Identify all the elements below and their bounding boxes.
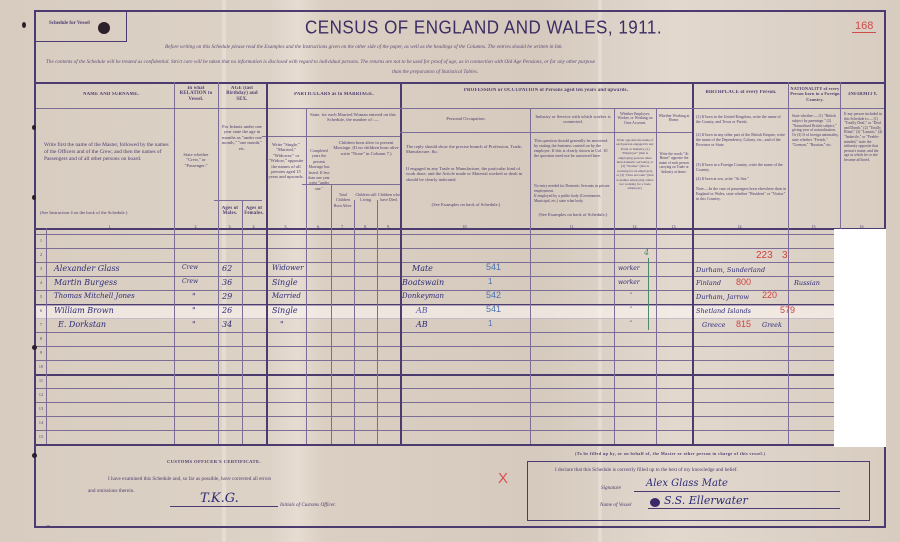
colnum-12: 12. [614,224,656,229]
master-signature: Alex Glass Mate [646,478,728,489]
entry-nationality: Russian [794,279,820,287]
binding-hole [32,453,37,458]
entry-age: 26 [222,306,232,315]
header-birthplace-2: (2) If born in any other part of the Bri… [696,132,786,147]
instruction-line-3: than the preparation of Statistical Tabl… [392,69,478,75]
entry-occupation: AB [416,320,428,329]
header-married-women: State, for each Married Woman entered on… [308,112,398,123]
header-occupation: PROFESSION or OCCUPATION of Persons aged… [416,88,676,93]
header-condition: Write "Single," "Married," "Widower," or… [268,142,304,180]
entry-relation: " [192,292,196,301]
binding-hole [32,195,36,200]
colnum-1: 1. [46,224,174,229]
column-12-tally-mark: 4 [644,248,649,257]
row-number: 1 [37,238,45,243]
colnum-2: 2. [174,224,218,229]
ink-stain [22,22,26,28]
header-industry-body-3: If employed by a public body (Government… [534,194,612,203]
entry-condition: Single [272,306,298,315]
entry-age: 36 [222,278,232,287]
header-died: Children who have Died. [378,192,400,203]
header-completed-years: Completed years the present Marriage has… [308,148,330,191]
entry-birth-code: 800 [736,277,751,287]
entry-birth-code: 220 [762,290,777,300]
entry-birth-code: 223 [756,250,773,261]
header-birthplace: BIRTHPLACE of every Person. [696,90,786,95]
header-employer: Whether Employer, Worker, or Working on … [616,112,654,125]
entry-condition: " [280,320,284,329]
row-number: 14 [37,420,45,425]
row-number: 4 [37,280,45,285]
header-birthplace-4: (4) If born at sea, write "At Sea." [696,176,786,181]
colnum-8: 8. [354,224,377,229]
signature-label: Signature [601,485,621,491]
entry-name: Alexander Glass [54,264,120,273]
row-number: 15 [37,434,45,439]
entry-name: Martin Burgess [54,278,117,287]
entry-condition: Single [272,278,298,287]
header-at-home-body: Write the words "At Home" opposite the n… [658,152,690,174]
highlighted-row [36,305,884,319]
header-age-males: Ages of Males. [219,206,241,217]
colnum-13: 13. [656,224,692,229]
entry-birthplace: Durham, Sunderland [696,266,765,274]
row-number: 10 [37,364,45,369]
entry-age: 62 [222,264,232,273]
row-number: 11 [37,378,45,383]
entry-employer: " [630,306,632,312]
header-at-home: Whether Working at Home. [658,114,690,123]
header-total-born: Total Children Born Alive. [332,192,354,208]
row-number: 3 [37,266,45,271]
customs-line-2: and omissions therein. [88,488,135,494]
customs-heading: CUSTOMS OFFICER'S CERTIFICATE. [167,459,261,464]
green-tally-line [648,258,649,330]
vessel-name: S.S. Ellerwater [664,494,748,507]
colnum-14: 14. [692,224,788,229]
header-industry-body-2: No entry needed for Domestic Servants in… [534,184,612,193]
entry-employer: " [630,292,632,298]
schedule-label-box: Schedule for Vessel [35,11,127,42]
red-cross-mark: X [498,470,508,487]
entry-birthplace: Shetland Islands [696,307,751,315]
entry-birth-code: 815 [736,319,751,329]
colnum-6: 6. [306,224,331,229]
redacted-area [834,229,886,447]
census-table: NAME AND SURNAME. Write first the name o… [36,82,884,446]
header-age-females: Ages of Females. [243,206,265,217]
entry-birthplace: Durham, Jarrow [696,293,749,301]
entry-occupation: Mate [412,264,433,273]
header-marriage: PARTICULARS as to MARRIAGE. [268,92,400,97]
entry-occupation: Donkeyman [402,292,444,300]
row-number: 12 [37,392,45,397]
header-children-alive: Children born alive to present Marriage.… [333,140,399,156]
header-name-note: (See Instruction 4 on the back of the Sc… [40,210,170,215]
customs-line-1: I have examined this Schedule and, so fa… [108,476,271,482]
header-name-body: Write first the name of the Master, foll… [44,142,170,164]
binding-hole [32,125,36,130]
declaration-note: (To be filled up by, or on behalf of, th… [575,451,765,456]
initials-line [170,506,278,507]
colnum-5: 5. [266,224,306,229]
header-living: Children still Living. [355,192,377,203]
entry-birth-code: 579 [780,305,795,315]
colnum-4: 4. [242,224,266,229]
colnum-11: 11. [530,224,614,229]
header-personal-body-2: If engaged in any Trade or Manufacture, … [406,166,526,182]
entry-name: William Brown [54,306,114,315]
entry-name: Thomas Mitchell Jones [54,292,135,300]
entry-name: E. Dorkstan [58,320,106,329]
entry-occ-code: 541 [486,262,501,272]
row-number: 8 [37,336,45,341]
entry-relation: Crew [182,264,198,271]
entry-relation: " [192,320,196,329]
entry-condition: Widower [272,264,304,272]
entry-occ-code: 542 [486,290,501,300]
header-industry-note: (See Examples on back of Schedule.) [534,212,612,217]
instruction-line-2: The contents of the Schedule will be tre… [46,59,595,65]
header-birthplace-note: Note.—In the case of passengers born els… [696,186,786,201]
row-number: 6 [37,308,45,313]
header-name: NAME AND SURNAME. [56,92,166,97]
header-nationality: NATIONALITY of every Person born in a Fo… [790,86,840,102]
vessel-label: Name of Vessel [600,502,631,508]
colnum-3: 3. [218,224,242,229]
schedule-label: Schedule for Vessel [49,21,90,26]
red-annotation: 3 [782,250,788,261]
declaration-text: I declare that this Schedule is correctl… [555,467,738,473]
header-employer-body: Write opposite the name of each person e… [616,138,654,191]
entry-age: 34 [222,320,232,329]
entry-employer: worker [618,265,640,272]
header-relation: In what RELATION to Vessel. [176,86,216,102]
ink-stamp [650,498,660,507]
colnum-7: 7. [331,224,354,229]
page-number-stamp: 168 [852,20,876,33]
colnum-9: 9. [377,224,400,229]
entry-nationality: Greek [762,321,782,329]
colnum-15: 15. [788,224,840,229]
header-age-body: For Infants under one year state the age… [220,124,264,151]
instruction-line-1: Before writing on this Schedule please r… [165,44,563,50]
header-personal-note: (See Examples on back of Schedule.) [406,202,526,207]
header-personal-body-1: The reply should show the precise branch… [406,144,526,155]
binding-hole [32,345,37,350]
vessel-line [648,508,840,509]
entry-employer: " [630,320,632,326]
row-number: 5 [37,294,45,299]
ink-stain [98,22,110,34]
entry-occ-code: 1 [488,319,492,328]
header-birthplace-3: (3) If born in a Foreign Country, write … [696,162,786,172]
header-relation-body: State whether "Crew," or "Passenger." [176,152,216,168]
row-number: 9 [37,350,45,355]
entry-relation: " [192,306,196,315]
header-nationality-body: State whether:— (1) "British subject by … [792,114,840,148]
entry-condition: Married [272,292,301,300]
header-personal-occupation: Personal Occupation. [404,116,528,121]
colnum-10: 10. [400,224,530,229]
row-number: 7 [37,322,45,327]
header-infirmity-body: If any person included in this Schedule … [844,112,884,163]
header-infirmity: INFIRMITY. [842,92,884,97]
header-industry-body: This question should generally be answer… [534,138,612,158]
entry-birthplace: Greece [702,321,725,329]
entry-occupation: Boatswain [402,278,444,287]
customs-initials: T.K.G. [200,491,239,506]
header-age: AGE (last Birthday) and SEX. [220,86,264,102]
header-birthplace-1: (1) If born in the United Kingdom, write… [696,114,786,124]
entry-age: 29 [222,292,232,301]
form-code: 38 [46,524,50,529]
header-industry: Industry or Service with which worker is… [534,114,612,125]
entry-employer: worker [618,279,640,286]
page-title: CENSUS OF ENGLAND AND WALES, 1911. [305,17,662,39]
row-number: 2 [37,252,45,257]
entry-birthplace: Finland [696,279,721,287]
entry-occupation: AB [416,306,428,315]
entry-occ-code: 1 [488,277,492,286]
signature-line [634,491,840,492]
entry-occ-code: 541 [486,304,501,314]
entry-relation: Crew [182,278,198,285]
census-page: Schedule for Vessel CENSUS OF ENGLAND AN… [0,0,900,542]
customs-initials-label: Initials of Customs Officer. [280,502,336,508]
row-number: 13 [37,406,45,411]
